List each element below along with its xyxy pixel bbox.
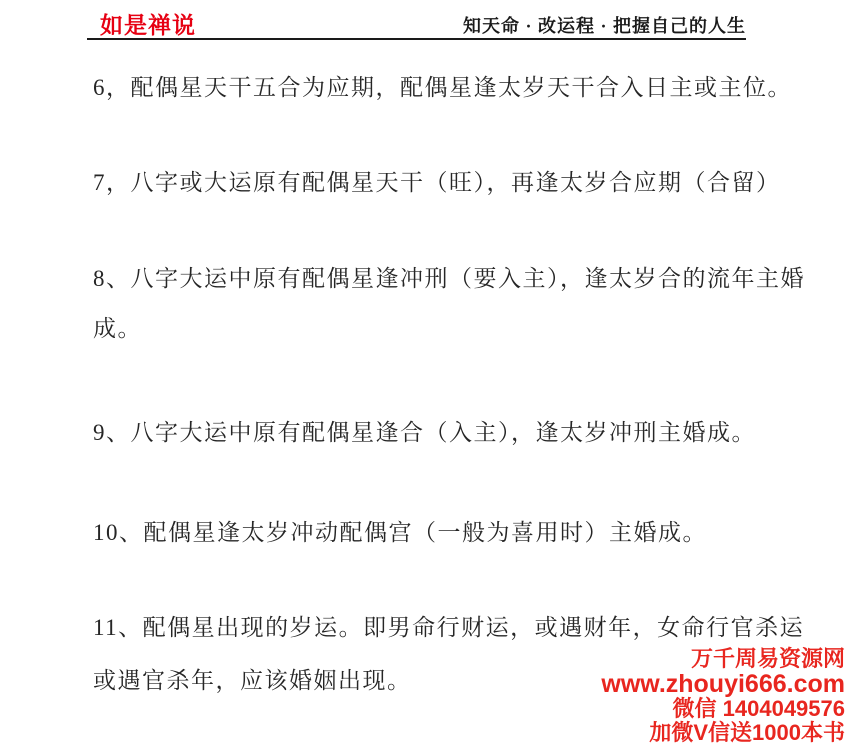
list-item-9-line-1: 9、八字大运中原有配偶星逢合（入主），逢太岁冲刑主婚成。 <box>93 407 783 459</box>
header-divider <box>87 38 746 40</box>
list-item-7-line-1: 7，八字或大运原有配偶星天干（旺），再逢太岁合应期（合留） <box>93 157 783 209</box>
list-item-10: 10、配偶星逢太岁冲动配偶宫（一般为喜用时）主婚成。 <box>93 507 783 559</box>
watermark-site-name: 万千周易资源网 <box>601 646 845 671</box>
watermark-wechat-id: 微信 1404049576 <box>601 697 845 721</box>
header-brand: 如是禅说 <box>100 7 196 40</box>
document-page: 如是禅说 知天命 · 改运程 · 把握自己的人生 6，配偶星天干五合为应期，配偶… <box>0 0 857 746</box>
list-item-9: 9、八字大运中原有配偶星逢合（入主），逢太岁冲刑主婚成。 <box>93 407 783 459</box>
list-item-8-line-2: 成。 <box>93 304 783 354</box>
list-item-6-line-1: 6，配偶星天干五合为应期，配偶星逢太岁天干合入日主或主位。 <box>93 62 783 114</box>
watermark-block: 万千周易资源网 www.zhouyi666.com 微信 1404049576 … <box>601 646 845 745</box>
watermark-promo-text: 加微V信送1000本书 <box>601 721 845 745</box>
list-item-7: 7，八字或大运原有配偶星天干（旺），再逢太岁合应期（合留） <box>93 157 783 209</box>
header-slogan: 知天命 · 改运程 · 把握自己的人生 <box>463 12 746 38</box>
list-item-8-line-1: 8、八字大运中原有配偶星逢冲刑（要入主），逢太岁合的流年主婚 <box>93 254 783 304</box>
list-item-6: 6，配偶星天干五合为应期，配偶星逢太岁天干合入日主或主位。 <box>93 62 783 114</box>
list-item-10-line-1: 10、配偶星逢太岁冲动配偶宫（一般为喜用时）主婚成。 <box>93 507 783 559</box>
list-item-8: 8、八字大运中原有配偶星逢冲刑（要入主），逢太岁合的流年主婚 成。 <box>93 254 783 354</box>
watermark-url: www.zhouyi666.com <box>601 671 845 697</box>
